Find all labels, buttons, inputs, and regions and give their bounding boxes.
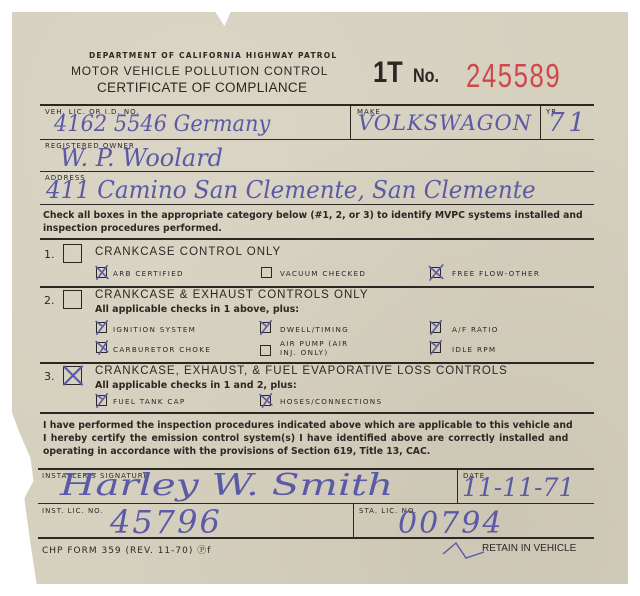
- section-2-checkbox[interactable]: [63, 290, 82, 309]
- veh-lic-field[interactable]: 4162 5546 Germany: [54, 112, 270, 137]
- check-mark-icon: [428, 319, 444, 336]
- rule: [40, 139, 594, 140]
- section-1-checkbox[interactable]: [63, 244, 82, 263]
- certificate-title: CERTIFICATE OF COMPLIANCE: [97, 80, 307, 95]
- hoses-connections-checkbox[interactable]: [260, 395, 271, 406]
- carburetor-choke-checkbox[interactable]: [96, 342, 107, 353]
- signature-field[interactable]: Harley W. Smith: [60, 468, 393, 503]
- certification-line-3: operating in accordance with the provisi…: [43, 446, 430, 457]
- section-3-subtitle: All applicable checks in 1 and 2, plus:: [95, 380, 297, 391]
- air-pump-label: AIR PUMP (AIR: [280, 339, 348, 348]
- section-2-subtitle: All applicable checks in 1 above, plus:: [95, 304, 299, 315]
- make-field[interactable]: VOLKSWAGON: [358, 111, 532, 135]
- check-mark-icon: [428, 339, 444, 356]
- inst-lic-field[interactable]: 45796: [110, 503, 222, 541]
- section-3-number: 3.: [44, 370, 55, 383]
- rule: [40, 204, 594, 205]
- divider: [540, 105, 541, 139]
- address-field[interactable]: 411 Camino San Clemente, San Clemente: [46, 176, 536, 204]
- instructions-line-2: inspection procedures performed.: [43, 223, 222, 234]
- year-field[interactable]: 71: [548, 108, 589, 138]
- certification-line-2: I hereby certify the emission control sy…: [43, 433, 568, 444]
- section-2-title: CRANKCASE & EXHAUST CONTROLS ONLY: [95, 289, 369, 301]
- fuel-tank-cap-label: FUEL TANK CAP: [113, 397, 186, 406]
- section-1-title: CRANKCASE CONTROL ONLY: [95, 246, 281, 258]
- check-mark-icon: [94, 392, 110, 409]
- program-heading: MOTOR VEHICLE POLLUTION CONTROL: [71, 64, 328, 78]
- dwell-timing-label: DWELL/TIMING: [280, 325, 349, 334]
- owner-field[interactable]: W. P. Woolard: [60, 144, 223, 172]
- hoses-connections-label: HOSES/CONNECTIONS: [280, 397, 382, 406]
- fuel-tank-cap-checkbox[interactable]: [96, 395, 107, 406]
- section-1-number: 1.: [44, 248, 55, 261]
- section-3-title: CRANKCASE, EXHAUST, & FUEL EVAPORATIVE L…: [95, 365, 508, 377]
- department-heading: DEPARTMENT OF CALIFORNIA HIGHWAY PATROL: [89, 51, 337, 60]
- certification-line-1: I have performed the inspection procedur…: [43, 420, 573, 431]
- idle-rpm-label: IDLE RPM: [452, 345, 496, 354]
- check-mark-icon: [258, 319, 274, 336]
- af-ratio-label: A/F RATIO: [452, 325, 499, 334]
- air-pump-label-2: INJ. ONLY): [280, 348, 328, 357]
- form-id: CHP FORM 359 (REV. 11-70) Ⓟf: [42, 543, 211, 556]
- divider: [353, 504, 354, 537]
- rule: [40, 238, 594, 240]
- check-mark-icon: [94, 339, 110, 356]
- air-pump-checkbox[interactable]: [260, 345, 271, 356]
- vacuum-checked-checkbox[interactable]: [261, 267, 272, 278]
- idle-rpm-checkbox[interactable]: [430, 342, 441, 353]
- retain-in-vehicle: RETAIN IN VEHICLE: [482, 543, 576, 554]
- divider: [457, 469, 458, 503]
- series-code: 1T: [373, 56, 403, 90]
- rule: [40, 362, 594, 364]
- section-3-checkbox[interactable]: [63, 366, 82, 385]
- ignition-system-label: IGNITION SYSTEM: [113, 325, 196, 334]
- vacuum-checked-label: VACUUM CHECKED: [280, 269, 366, 278]
- ignition-system-checkbox[interactable]: [96, 322, 107, 333]
- af-ratio-checkbox[interactable]: [430, 322, 441, 333]
- instructions-line-1: Check all boxes in the appropriate categ…: [43, 210, 583, 221]
- rule: [40, 104, 594, 106]
- rule: [40, 412, 594, 414]
- free-flow-other-label: FREE FLOW-OTHER: [452, 269, 540, 278]
- check-mark-icon: [258, 392, 274, 409]
- arb-certified-checkbox[interactable]: [96, 267, 107, 278]
- date-field[interactable]: 11-11-71: [462, 473, 574, 502]
- divider: [350, 105, 351, 139]
- check-mark-icon: [61, 363, 85, 388]
- dwell-timing-checkbox[interactable]: [260, 322, 271, 333]
- arb-certified-label: ARB CERTIFIED: [113, 269, 184, 278]
- arrow-mark-icon: [440, 540, 485, 570]
- serial-number: 245589: [466, 57, 561, 95]
- rule: [40, 286, 594, 288]
- check-mark-icon: [428, 264, 444, 281]
- free-flow-other-checkbox[interactable]: [430, 267, 441, 278]
- inst-lic-label: INST. LIC. NO.: [42, 507, 104, 515]
- number-label: No.: [413, 66, 439, 88]
- check-mark-icon: [94, 319, 110, 336]
- check-mark-icon: [94, 264, 110, 281]
- carburetor-choke-label: CARBURETOR CHOKE: [113, 345, 211, 354]
- sta-lic-field[interactable]: 00794: [398, 506, 503, 541]
- section-2-number: 2.: [44, 294, 55, 307]
